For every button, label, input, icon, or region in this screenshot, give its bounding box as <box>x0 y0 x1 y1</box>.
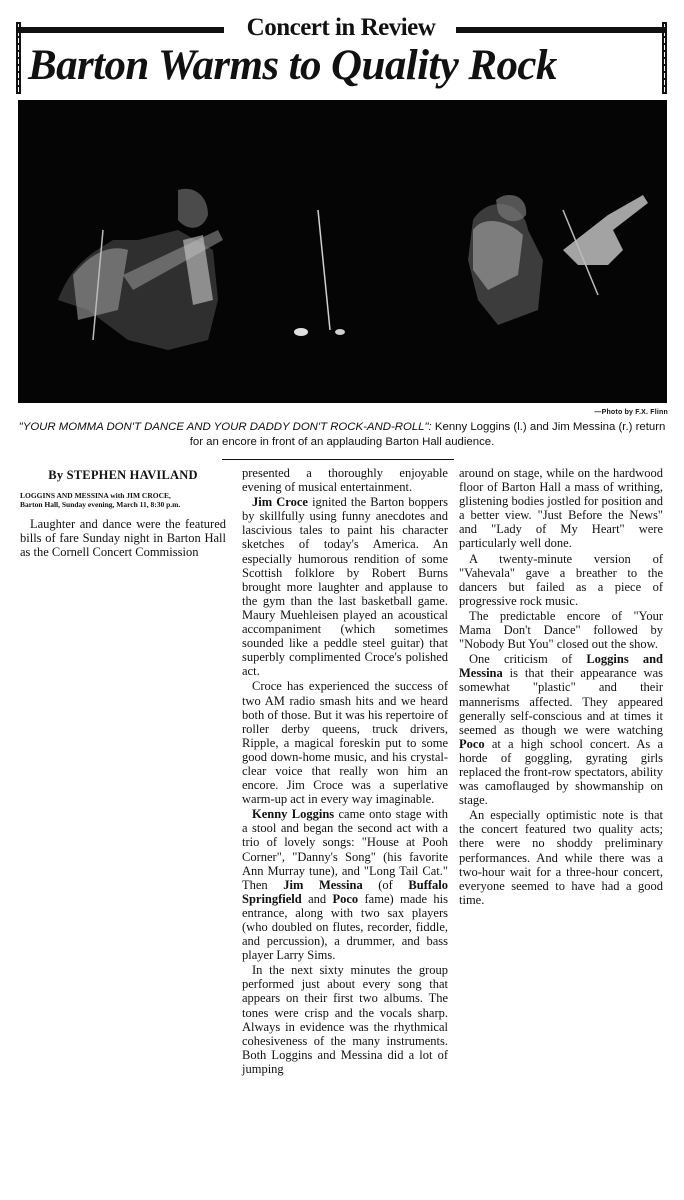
paragraph-9: An especially optimistic note is that th… <box>459 808 663 907</box>
paragraph-4: Kenny Loggins came onto stage with a sto… <box>242 807 448 962</box>
name-jim-messina: Jim Messina <box>283 878 362 892</box>
kicker-banner: Concert in Review <box>16 18 666 38</box>
column-rule <box>222 459 454 460</box>
paragraph-5-start: In the next sixty minutes the group perf… <box>242 963 448 1076</box>
name-poco: Poco <box>332 892 358 906</box>
paragraph-1-start: Laughter and dance were the featured bil… <box>20 517 226 559</box>
chain-border-right <box>456 27 666 33</box>
paragraph-1-end: presented a thoroughly enjoyable evening… <box>242 466 448 494</box>
article-column-1: By STEPHEN HAVILAND LOGGINS AND MESSINA … <box>20 466 226 559</box>
billing-line-2: Barton Hall, Sunday evening, March 11, 8… <box>20 501 226 510</box>
paragraph-2: Jim Croce ignited the Barton boppers by … <box>242 495 448 678</box>
byline: By STEPHEN HAVILAND <box>20 468 226 482</box>
photo-caption: "YOUR MOMMA DON'T DANCE AND YOUR DADDY D… <box>14 420 670 450</box>
chain-border-vertical-left <box>16 22 21 94</box>
paragraph-6: A twenty-minute version of "Vahevala" ga… <box>459 552 663 608</box>
article-column-3: around on stage, while on the hardwood f… <box>459 466 663 907</box>
photo-image <box>18 100 667 403</box>
name-poco: Poco <box>459 737 485 751</box>
paragraph-7: The predictable encore of "Your Mama Don… <box>459 609 663 651</box>
paragraph-5-end: around on stage, while on the hardwood f… <box>459 466 663 551</box>
concert-photo <box>18 100 667 403</box>
name-jim-croce: Jim Croce <box>252 495 308 509</box>
photo-credit: —Photo by F.X. Flinn <box>594 409 668 416</box>
section-kicker: Concert in Review <box>228 14 454 42</box>
chain-border-vertical-right <box>662 22 667 94</box>
event-billing: LOGGINS AND MESSINA with JIM CROCE, Bart… <box>20 492 226 509</box>
paragraph-3: Croce has experienced the success of two… <box>242 679 448 806</box>
chain-border-left <box>16 27 224 33</box>
caption-quote: "YOUR MOMMA DON'T DANCE AND YOUR DADDY D… <box>19 421 432 433</box>
paragraph-8: One criticism of Loggins and Messina is … <box>459 652 663 807</box>
article-column-2: presented a thoroughly enjoyable evening… <box>242 466 448 1076</box>
headline: Barton Warms to Quality Rock <box>28 40 658 92</box>
name-kenny-loggins: Kenny Loggins <box>252 807 334 821</box>
